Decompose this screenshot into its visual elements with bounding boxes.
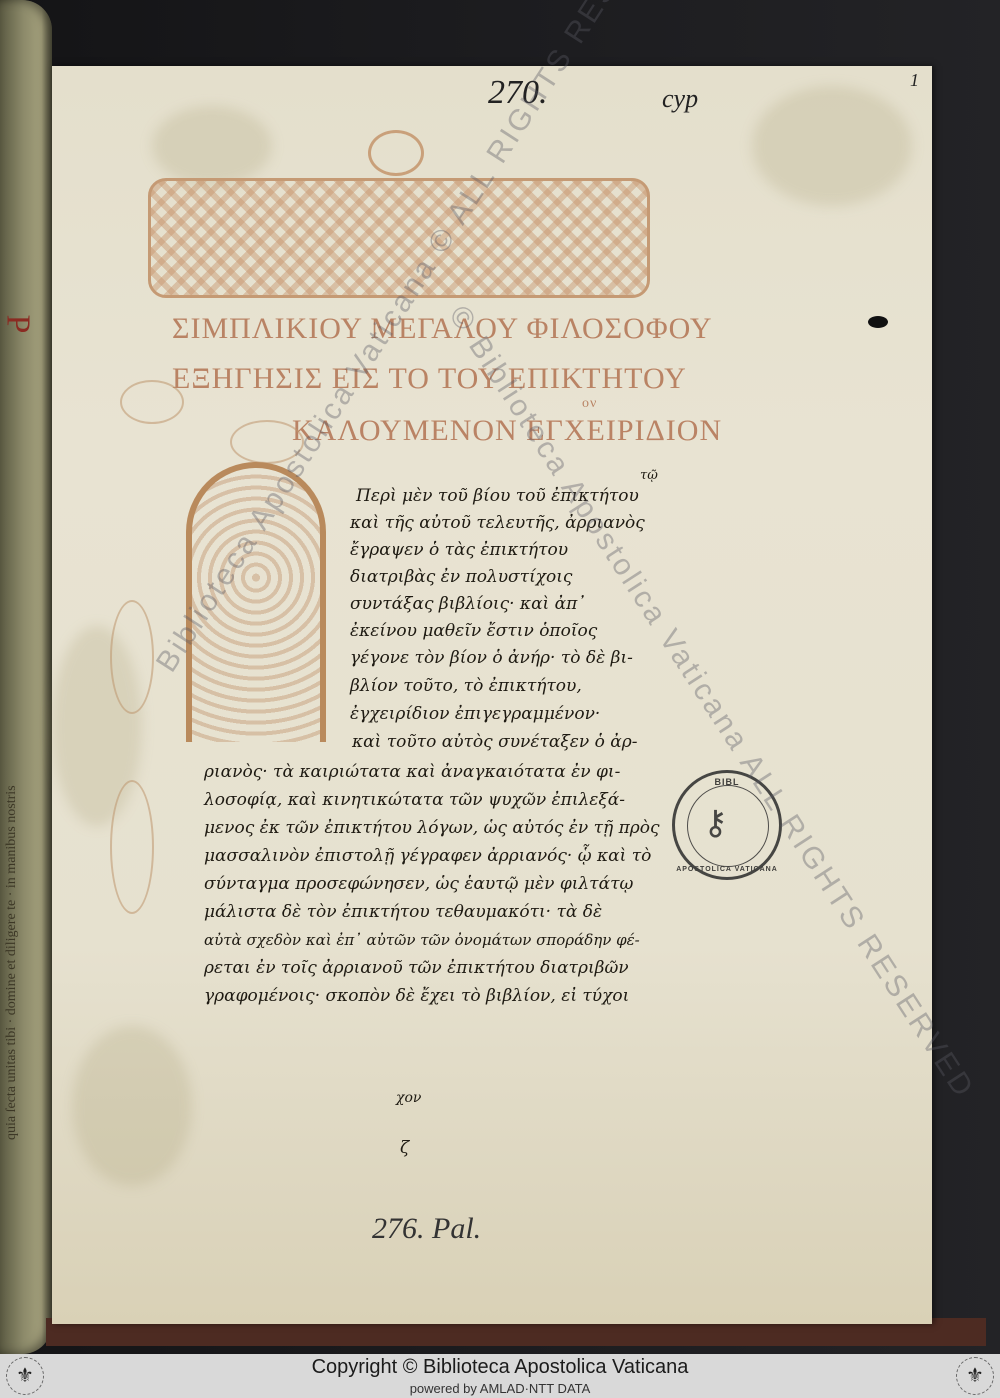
image-viewer[interactable]: P quia ſecta unitas tibi · domine et dil… [0, 0, 1000, 1354]
text-line: λοσοφίᾳ, καὶ κινητικώτατα τῶν ψυχῶν ἐπιλ… [204, 786, 625, 814]
ink-blot [868, 316, 888, 328]
text-line: μενος ἐκ τῶν ἐπικτήτου λόγων, ὡς αὐτός ἐ… [204, 814, 660, 842]
facing-page-text: quia ſecta unitas tibi · domine et dilig… [4, 120, 44, 1140]
lower-note: χον [396, 1084, 421, 1112]
text-line: βλίον τοῦτο, τὸ ἐπικτήτου, [350, 672, 582, 700]
flourish-ornament [120, 380, 184, 424]
title-line-2: ΕΞΗΓΗΣΙΣ ΕΙΣ ΤΟ ΤΟΥ ΕΠΙΚΤΗΤΟΥ [172, 362, 687, 396]
lower-note: ζ [400, 1134, 409, 1162]
marginal-note: τῷ [640, 462, 658, 490]
text-line: γέγονε τὸν βίον ὁ ἀνήρ· τὸ δὲ βι- [350, 644, 633, 672]
stamp-text-bottom: APOSTOLICA VATICANA [675, 866, 779, 873]
flourish-ornament [110, 780, 154, 914]
text-line: συντάξας βιβλίοις· καὶ ἀπ᾽ [350, 590, 586, 618]
text-line: αὐτὰ σχεδὸν καὶ ἐπ᾽ αὐτῶν τῶν ὀνομάτων σ… [204, 926, 640, 954]
copyright-text: Copyright © Biblioteca Apostolica Vatica… [0, 1356, 1000, 1379]
text-line: ριανὸς· τὰ καιριώτατα καὶ ἀναγκαιότατα ἐ… [204, 758, 620, 786]
text-line: ρεται ἐν τοῖς ἀρριανοῦ τῶν ἐπικτήτου δια… [204, 954, 629, 982]
text-line: γραφομένοις· σκοπὸν δὲ ἔχει τὸ βιβλίον, … [204, 982, 629, 1010]
folio-number: 1 [910, 70, 919, 91]
text-line: διατριβὰς ἐν πολυστίχοις [350, 563, 572, 591]
text-line: ἐγχειρίδιον ἐπιγεγραμμένον· [350, 700, 600, 728]
text-line: ἔγραψεν ὁ τὰς ἐπικτήτου [350, 536, 568, 564]
vatican-crest-icon: ⚜ [956, 1357, 994, 1395]
copyright-footer: ⚜ Copyright © Biblioteca Apostolica Vati… [0, 1354, 1000, 1398]
powered-by-text: powered by AMLAD·NTT DATA [0, 1381, 1000, 1396]
knot-ornament [368, 130, 424, 176]
shelfmark-top-note: cyp [662, 84, 698, 114]
title-superscript: ον [582, 396, 597, 412]
facing-page-left: P quia ſecta unitas tibi · domine et dil… [0, 0, 52, 1354]
crossed-keys-icon: ⚷ [703, 803, 728, 843]
text-line: ἐκείνου μαθεῖν ἔστιν ὁποῖος [350, 617, 597, 645]
text-line: καὶ τοῦτο αὐτὸς συνέταξεν ὁ ἀρ- [352, 728, 637, 756]
shelfmark-bottom: 276. Pal. [372, 1212, 481, 1246]
text-line: μασσαλινὸν ἐπιστολῇ γέγραφεν ἀρριανός· ᾧ… [204, 842, 651, 870]
flourish-ornament [110, 600, 154, 714]
text-line: μάλιστα δὲ τὸν ἐπικτήτου τεθαυμακότι· τὰ… [204, 898, 602, 926]
text-line: σύνταγμα προσεφώνησεν, ὡς ἑαυτῷ μὲν φιλτ… [204, 870, 633, 898]
